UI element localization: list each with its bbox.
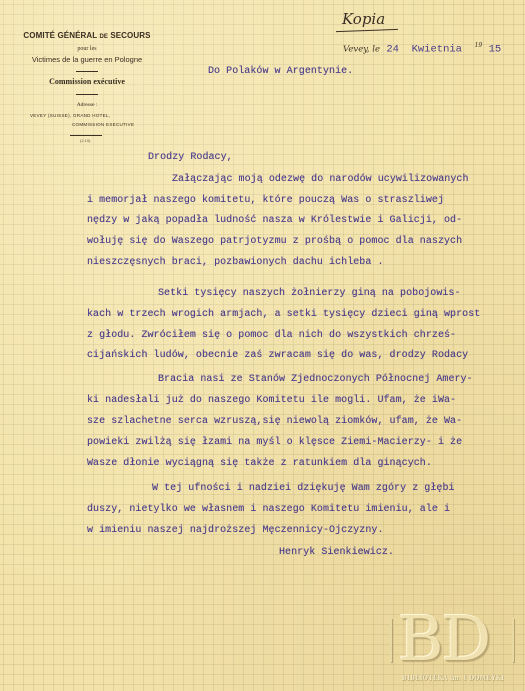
body-line: Załączając moją odezwę do narodów ucywil… [172,174,469,185]
body-line: kach w trzech wrogich armjach, a setki t… [87,309,480,320]
letterhead-address-line1: VEVEY (SUISSE), GRAND HOTEL, [30,113,130,118]
body-line: Setki tysięcy naszych żołnierzy giną na … [158,288,461,299]
addressee: Do Polaków w Argentynie. [208,66,353,77]
body-line: i memorjał naszego komitetu, które poucz… [87,195,444,206]
letterhead-victims: Victimes de la guerre en Pologne [22,55,152,64]
divider [76,71,98,72]
body-line: sze szlachetne serca wzruszą,się niewolą… [87,416,462,427]
letterhead-adresse-label: Adresse : [22,102,152,108]
date-century: 19 [475,42,483,49]
date-day: 24 [386,44,399,56]
letter-page: COMITÉ GÉNÉRAL DE SECOURS pour les Victi… [0,0,525,691]
body-line: z głodu. Zwróciłem się o pomoc dla nich … [87,330,456,341]
watermark-caption: BIBLIOTEKA im. I DOMEYKI [388,675,518,682]
library-watermark: BD BIBLIOTEKA im. I DOMEYKI [388,608,518,688]
watermark-letters: BD [398,608,489,670]
letterhead-address-line2: COMMISSION EXECUTIVE [72,122,162,127]
body-line: wołuję się do Waszego patrjotyzmu z proś… [87,236,462,247]
divider [70,135,102,136]
letterhead-organization: COMITÉ GÉNÉRAL DE SECOURS [22,31,152,40]
kopia-underline [336,29,398,32]
watermark-bar-right [512,618,514,662]
org-name-de: DE [99,34,108,40]
kopia-annotation: Kopia [342,10,385,28]
date-place: Vevey, le [343,45,380,55]
letterhead-pour: pour les [22,46,152,52]
body-line: Wasze dłonie wyciągną się także z ratunk… [87,458,432,469]
body-line: W tej ufności i nadziei dziękuję Wam zgó… [152,483,455,494]
body-line: nędzy w jaką popadła ludność nasza w Kró… [87,215,462,226]
body-line: w imieniu naszej najdroższej Męczennicy-… [87,525,384,536]
letterhead-commission: Commission exécutive [22,77,152,86]
salutation: Drodzy Rodacy, [148,152,233,163]
org-name-end: SECOURS [110,31,150,40]
watermark-bar-left [390,618,392,662]
date-month: Kwietnia [412,44,462,56]
body-line: ki nadesłali już do naszego Komitetu ile… [87,395,456,406]
signature: Henryk Sienkiewicz. [279,547,394,558]
divider [76,94,98,95]
date-year: 15 [489,44,502,56]
letterhead-seal: (2.15) [80,138,90,143]
body-line: Bracia nasi ze Stanów Zjednoczonych Półn… [158,374,473,385]
letter-date: Vevey, le 24 Kwietnia 19 15 [343,42,501,56]
body-line: nieszczęsnych braci, pozbawionych dachu … [87,257,384,268]
body-line: cijańskich ludów, obecnie zaś zwracam si… [87,350,468,361]
body-line: duszy, nietylko we własnem i naszego Kom… [87,504,450,515]
body-line: powieki zwilżą się łzami na myśl o klęsc… [87,437,462,448]
org-name-part: COMITÉ GÉNÉRAL [23,31,97,40]
